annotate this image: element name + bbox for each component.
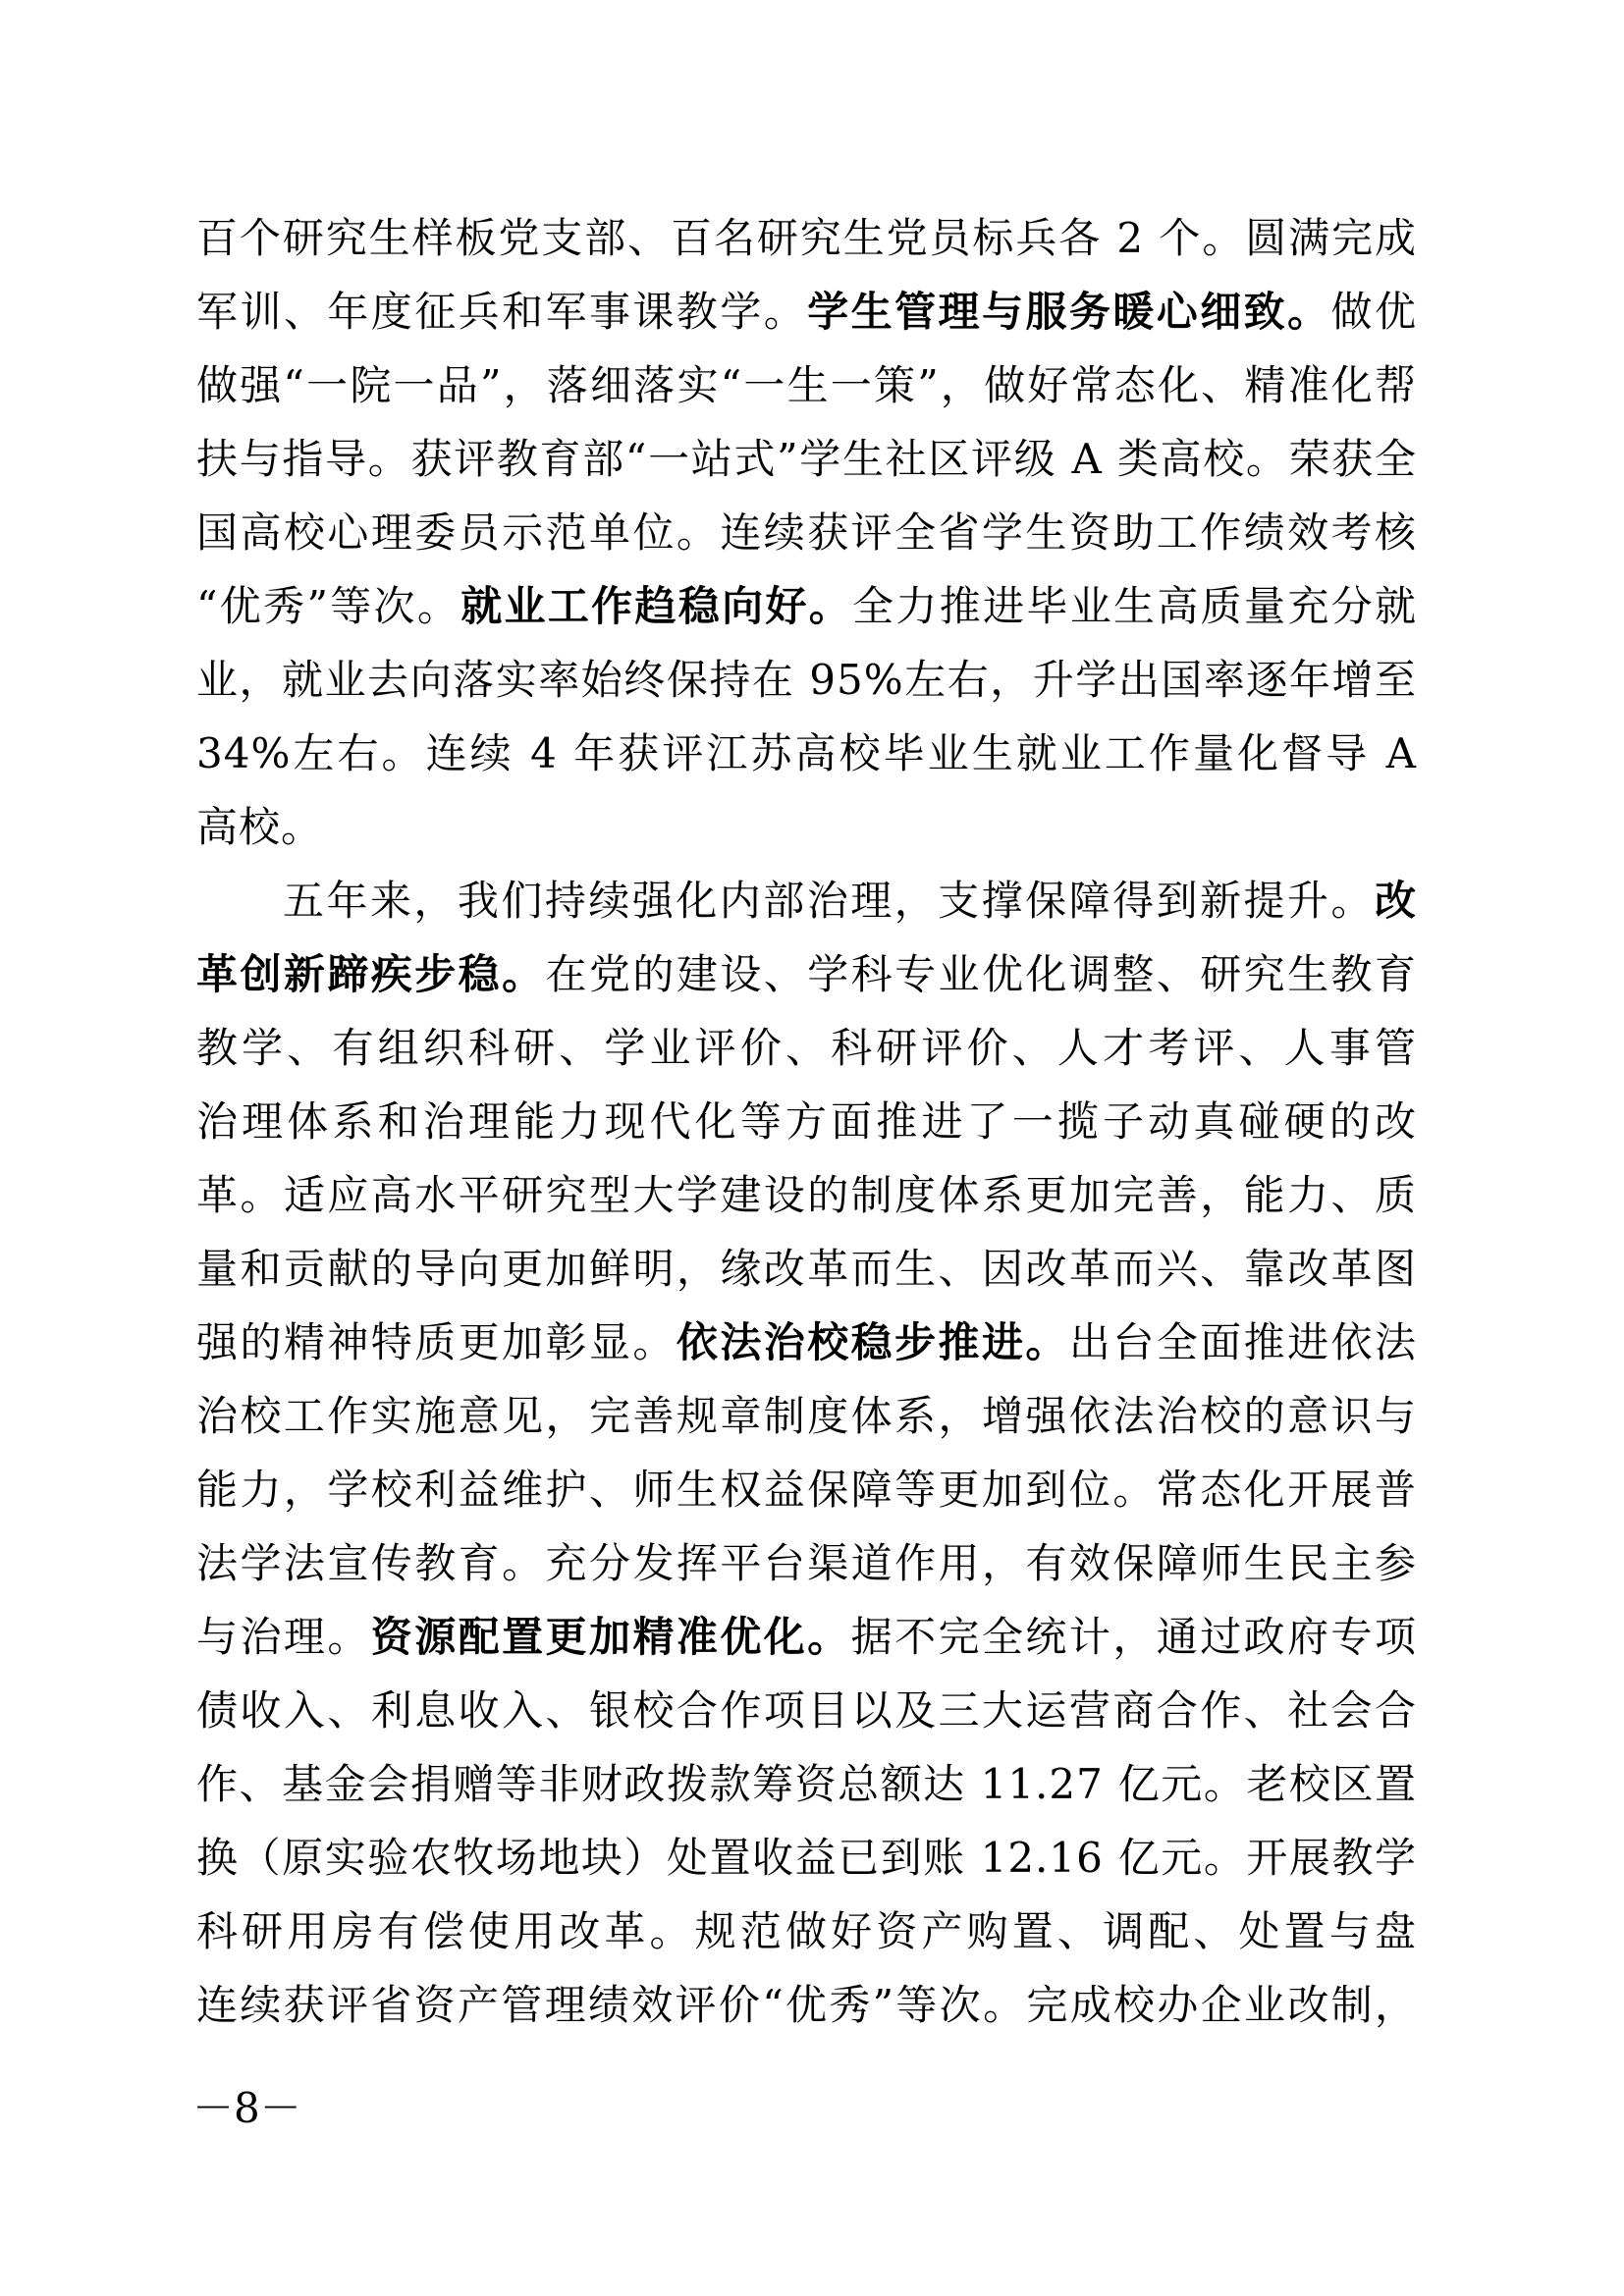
text-line: 高校。 [196, 790, 1417, 864]
bold-emphasis-text: 革创新蹄疾步稳。 [196, 950, 546, 998]
text-line: 革创新蹄疾步稳。在党的建设、学科专业优化调整、研究生教育 [196, 937, 1417, 1011]
body-text: 军训、年度征兵和军事课教学。 [196, 288, 807, 336]
body-text: 业，就业去向落实率始终保持在 95%左右，升学出国率逐年增至 [196, 656, 1417, 704]
body-text: 34%左右。连续 4 年获评江苏高校毕业生就业工作量化督导 A 等 [196, 729, 1417, 790]
text-line: 业，就业去向落实率始终保持在 95%左右，升学出国率逐年增至 [196, 643, 1417, 717]
body-text: 能力，学校利益维护、师生权益保障等更加到位。常态化开展普 [196, 1466, 1417, 1514]
body-text: 教学、有组织科研、学业评价、科研评价、人才考评、人事管理、 [196, 1024, 1417, 1085]
body-text: 法学法宣传教育。充分发挥平台渠道作用，有效保障师生民主参 [196, 1539, 1417, 1587]
body-text: 高校。 [196, 803, 323, 851]
text-line: 强的精神特质更加彰显。依法治校稳步推进。出台全面推进依法 [196, 1306, 1417, 1379]
body-text: 连续获评省资产管理绩效评价“优秀”等次。完成校办企业改制， [196, 1981, 1417, 2029]
body-text: 做强“一院一品”，落细落实“一生一策”，做好常态化、精准化帮 [196, 361, 1417, 409]
text-line: 治理体系和治理能力现代化等方面推进了一揽子动真碰硬的改 [196, 1085, 1417, 1158]
body-text: 百个研究生样板党支部、百名研究生党员标兵各 2 个。圆满完成 [196, 214, 1417, 262]
text-line: 国高校心理委员示范单位。连续获评全省学生资助工作绩效考核 [196, 496, 1417, 569]
text-line: 34%左右。连续 4 年获评江苏高校毕业生就业工作量化督导 A 等 [196, 717, 1417, 790]
page-number: －8－ [192, 2079, 301, 2138]
text-line: 法学法宣传教育。充分发挥平台渠道作用，有效保障师生民主参 [196, 1526, 1417, 1600]
text-line: 债收入、利息收入、银校合作项目以及三大运营商合作、社会合 [196, 1674, 1417, 1747]
body-text: 量和贡献的导向更加鲜明，缘改革而生、因改革而兴、靠改革图 [196, 1245, 1417, 1293]
text-line: 扶与指导。获评教育部“一站式”学生社区评级 A 类高校。荣获全 [196, 422, 1417, 496]
bold-emphasis-text: 就业工作趋稳向好。 [460, 582, 852, 630]
bold-emphasis-text: 改 [1375, 877, 1417, 925]
text-line: 百个研究生样板党支部、百名研究生党员标兵各 2 个。圆满完成 [196, 201, 1417, 275]
text-line: 革。适应高水平研究型大学建设的制度体系更加完善，能力、质 [196, 1158, 1417, 1232]
text-line: 能力，学校利益维护、师生权益保障等更加到位。常态化开展普 [196, 1453, 1417, 1526]
body-text: 换（原实验农牧场地块）处置收益已到账 12.16 亿元。开展教学 [196, 1834, 1417, 1882]
body-text: 债收入、利息收入、银校合作项目以及三大运营商合作、社会合 [196, 1686, 1417, 1735]
text-line: 科研用房有偿使用改革。规范做好资产购置、调配、处置与盘活， [196, 1895, 1417, 1968]
body-text: 据不完全统计，通过政府专项 [851, 1613, 1417, 1661]
body-text: 扶与指导。获评教育部“一站式”学生社区评级 A 类高校。荣获全 [196, 435, 1417, 483]
body-text: 作、基金会捐赠等非财政拨款筹资总额达 11.27 亿元。老校区置 [196, 1760, 1417, 1808]
body-text: 强的精神特质更加彰显。 [196, 1318, 677, 1366]
body-text: 治校工作实施意见，完善规章制度体系，增强依法治校的意识与 [196, 1392, 1417, 1440]
text-line: 治校工作实施意见，完善规章制度体系，增强依法治校的意识与 [196, 1379, 1417, 1453]
text-line: 作、基金会捐赠等非财政拨款筹资总额达 11.27 亿元。老校区置 [196, 1747, 1417, 1821]
body-text: 五年来，我们持续强化内部治理，支撑保障得到新提升。 [283, 877, 1375, 925]
text-line: “优秀”等次。就业工作趋稳向好。全力推进毕业生高质量充分就 [196, 569, 1417, 643]
document-page: 百个研究生样板党支部、百名研究生党员标兵各 2 个。圆满完成军训、年度征兵和军事… [0, 0, 1624, 2296]
body-text: 国高校心理委员示范单位。连续获评全省学生资助工作绩效考核 [196, 508, 1417, 557]
document-body: 百个研究生样板党支部、百名研究生党员标兵各 2 个。圆满完成军训、年度征兵和军事… [196, 201, 1417, 2042]
text-line: 做强“一院一品”，落细落实“一生一策”，做好常态化、精准化帮 [196, 348, 1417, 422]
body-text: 治理体系和治理能力现代化等方面推进了一揽子动真碰硬的改 [196, 1097, 1417, 1146]
text-line: 教学、有组织科研、学业评价、科研评价、人才考评、人事管理、 [196, 1011, 1417, 1085]
bold-emphasis-text: 依法治校稳步推进。 [677, 1318, 1069, 1366]
body-text: 与治理。 [196, 1613, 371, 1661]
body-text: 全力推进毕业生高质量充分就 [852, 582, 1417, 630]
bold-emphasis-text: 资源配置更加精准优化。 [371, 1613, 851, 1661]
body-text: 做优 [1331, 288, 1417, 336]
text-line: 五年来，我们持续强化内部治理，支撑保障得到新提升。改 [196, 864, 1417, 937]
text-line: 换（原实验农牧场地块）处置收益已到账 12.16 亿元。开展教学 [196, 1821, 1417, 1895]
body-text: 科研用房有偿使用改革。规范做好资产购置、调配、处置与盘活， [196, 1907, 1417, 1968]
text-line: 量和贡献的导向更加鲜明，缘改革而生、因改革而兴、靠改革图 [196, 1232, 1417, 1306]
text-line: 连续获评省资产管理绩效评价“优秀”等次。完成校办企业改制， [196, 1968, 1417, 2042]
text-line: 军训、年度征兵和军事课教学。学生管理与服务暖心细致。做优 [196, 275, 1417, 348]
body-text: 在党的建设、学科专业优化调整、研究生教育 [546, 950, 1417, 998]
body-text: 出台全面推进依法 [1069, 1318, 1417, 1366]
bold-emphasis-text: 学生管理与服务暖心细致。 [807, 288, 1330, 336]
body-text: “优秀”等次。 [196, 582, 460, 630]
body-text: 革。适应高水平研究型大学建设的制度体系更加完善，能力、质 [196, 1171, 1417, 1219]
text-line: 与治理。资源配置更加精准优化。据不完全统计，通过政府专项 [196, 1600, 1417, 1674]
